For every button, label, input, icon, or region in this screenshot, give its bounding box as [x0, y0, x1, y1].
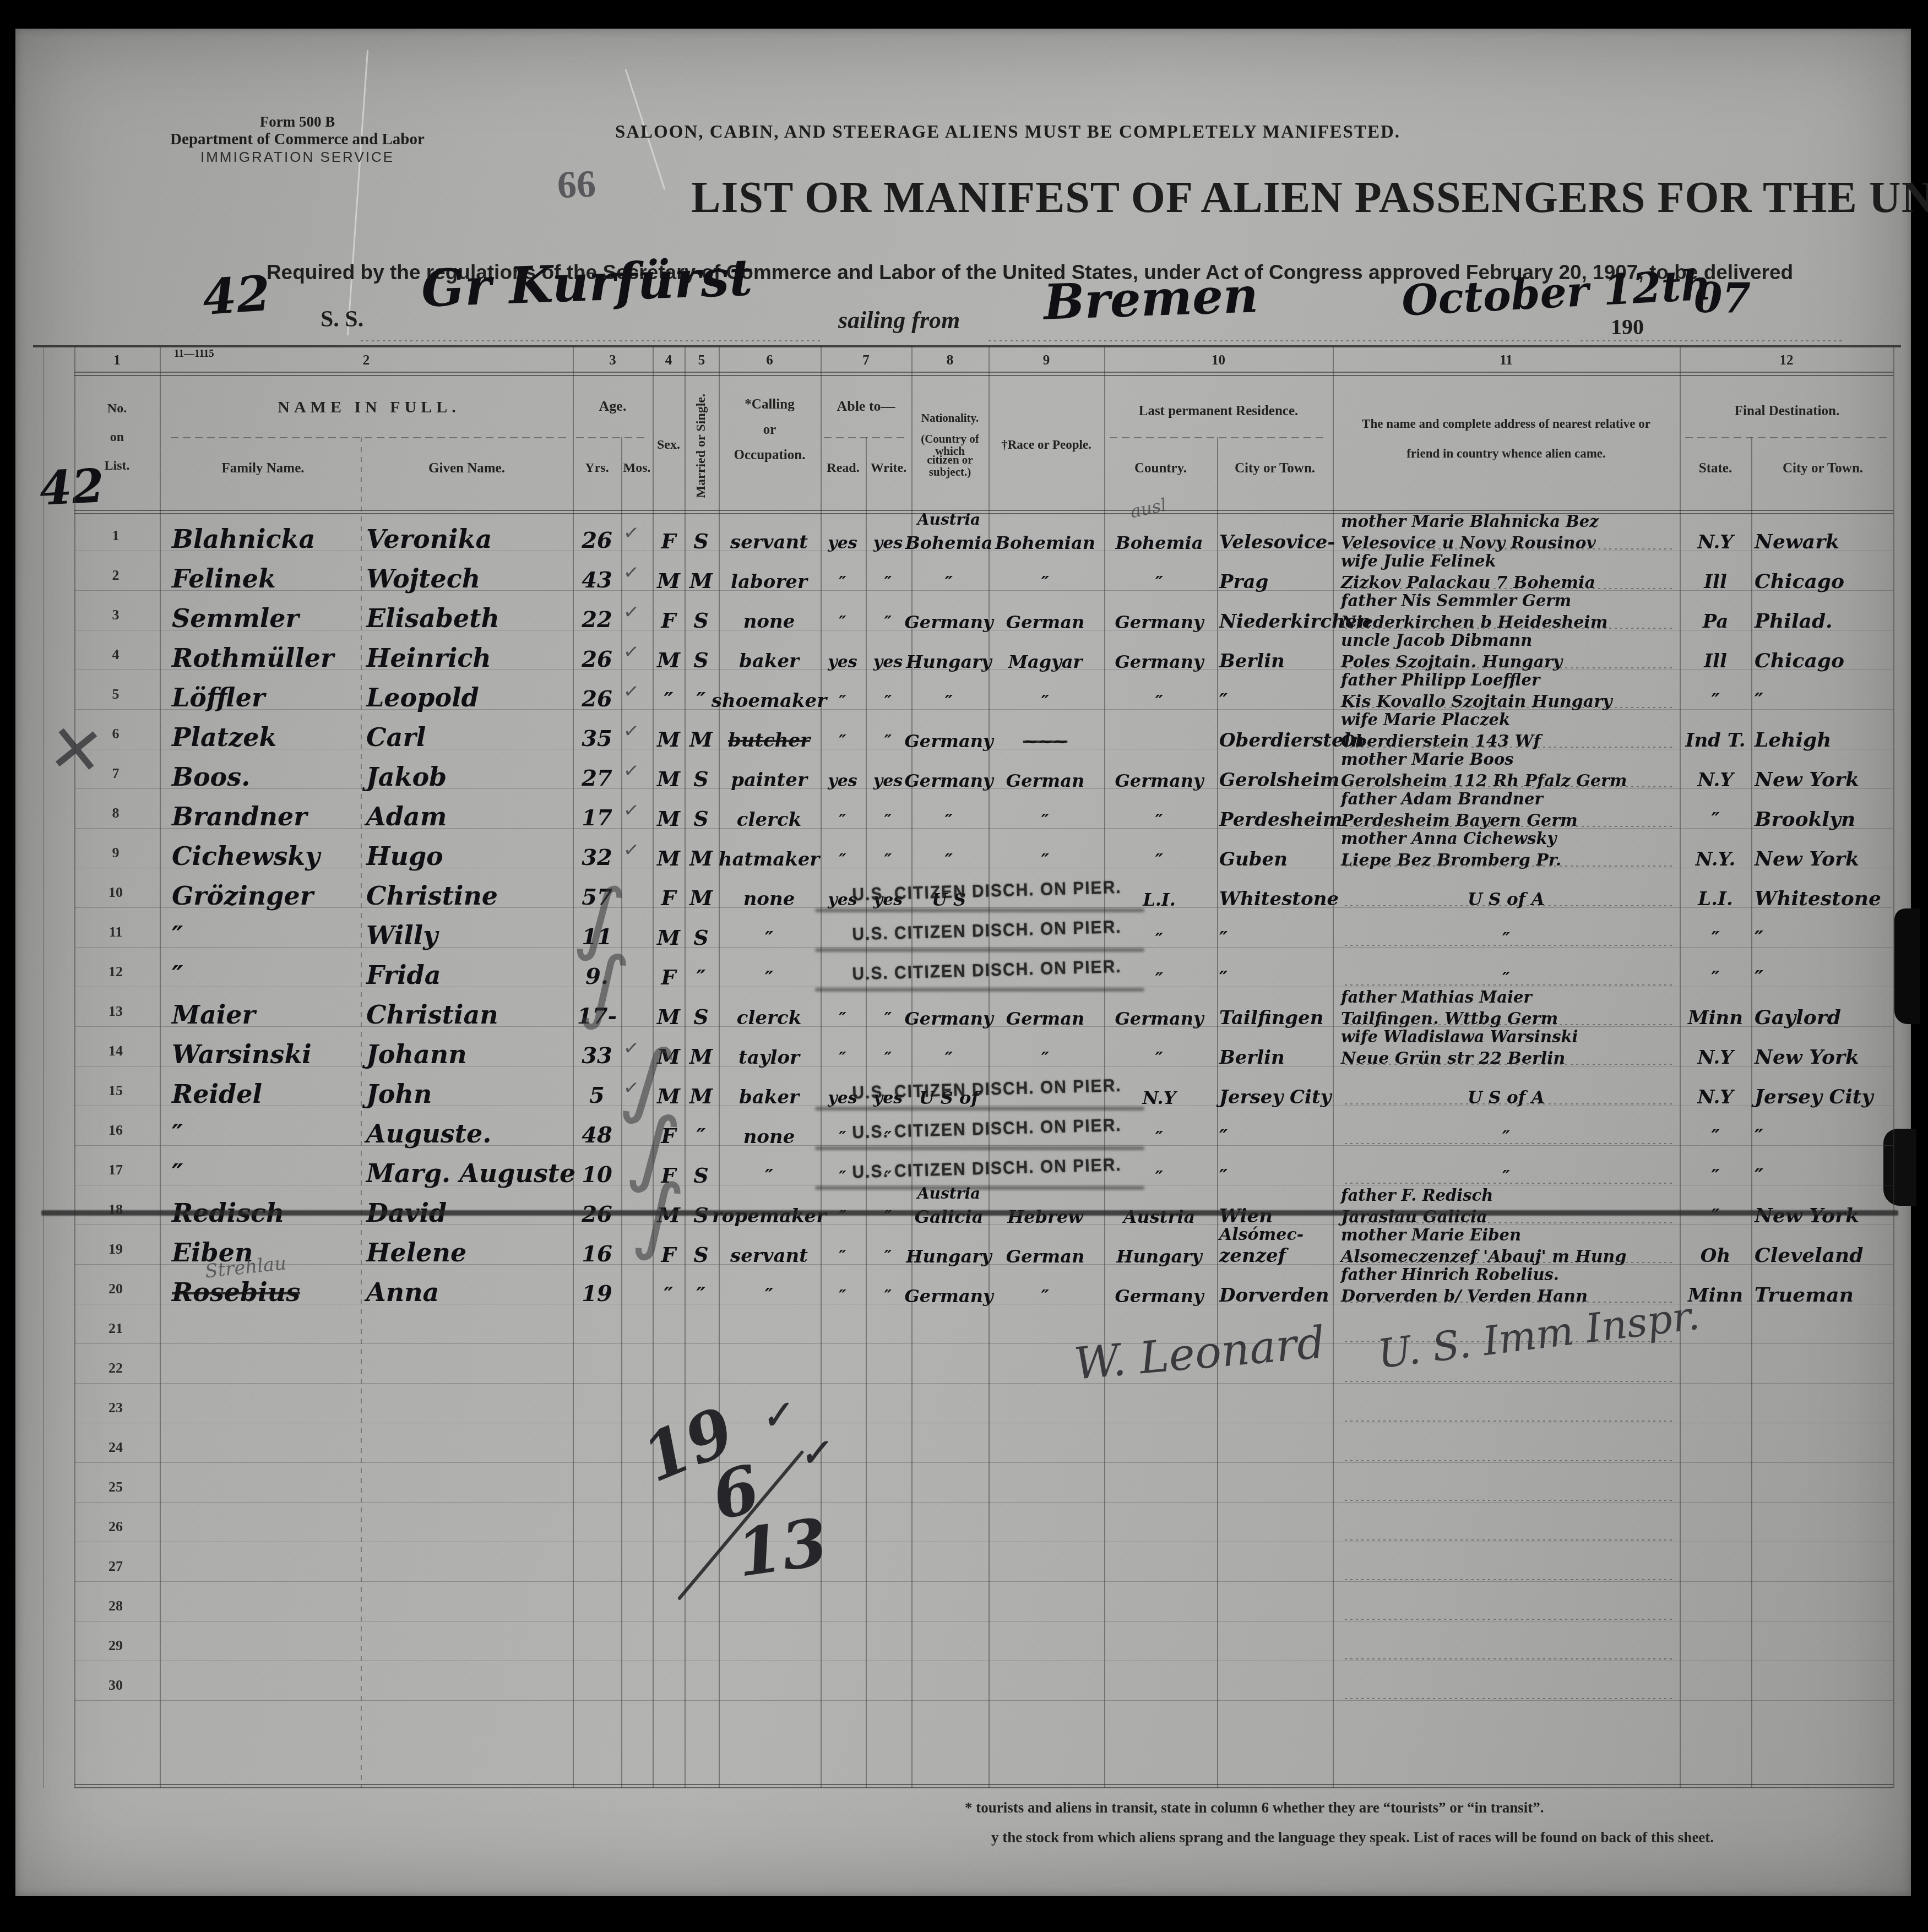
cell-destination-state-text: N.Y — [1697, 533, 1733, 552]
cell-given: Leopold — [366, 682, 566, 710]
cell-family-text: ″ — [172, 1121, 183, 1146]
row-number: 12 — [74, 964, 157, 980]
cell-family: Grözinger — [172, 880, 359, 908]
cell-destination-state: N.Y — [1681, 1038, 1750, 1067]
cell-destination-city: Chicago — [1755, 642, 1892, 671]
cell-given-text: Carl — [366, 725, 426, 750]
row-number: 21 — [74, 1320, 157, 1337]
cell-given-text: Anna — [366, 1280, 439, 1305]
cell-destination-city: ″ — [1755, 959, 1892, 988]
cell-race: ″ — [989, 801, 1102, 829]
cell-destination-city: Lehigh — [1755, 721, 1892, 750]
cell-occupation-text: ″ — [765, 1286, 773, 1305]
cell-country: ″ — [1103, 801, 1216, 829]
cell-write: ″ — [866, 721, 910, 750]
cell-read-text: ″ — [839, 1288, 846, 1305]
cell-race: ″ — [989, 840, 1102, 869]
cell-sex: M — [653, 642, 685, 671]
cell-given: Hugo — [366, 840, 566, 869]
cell-destination-city-text: ″ — [1755, 968, 1763, 988]
cell-occupation: hatmaker — [719, 840, 819, 869]
cell-city: Jersey City — [1219, 1078, 1332, 1107]
column-number: 5 — [685, 353, 719, 368]
cell-destination-city: New York — [1755, 840, 1892, 869]
cell-destination-city-text: New York — [1755, 1047, 1859, 1067]
cell-family-text: Warsinski — [172, 1042, 312, 1067]
age-checkmark: ✓ — [622, 839, 640, 862]
cell-country: Germany — [1103, 761, 1216, 790]
row-rule — [74, 1542, 1893, 1542]
race-label: †Race or People. — [989, 438, 1104, 451]
family-name-label: Family Name. — [165, 461, 361, 476]
cell-nationality: Germany — [909, 999, 989, 1027]
relative-dotted-leader — [1345, 1658, 1673, 1659]
cell-age-text: 32 — [582, 847, 612, 869]
row-number: 29 — [74, 1637, 157, 1654]
row-number: 23 — [74, 1400, 157, 1416]
cell-destination-city-text: Whitestone — [1755, 889, 1881, 908]
row-number: 26 — [74, 1519, 157, 1535]
cell-occupation-text: clerck — [737, 810, 801, 829]
cell-city: Berlin — [1219, 642, 1332, 671]
cell-occupation: ″ — [719, 919, 819, 948]
cell-given-text: Marg. Auguste — [366, 1161, 575, 1186]
cell-relative-line2: Liepe Bez Bromberg Pr. — [1341, 840, 1671, 869]
col1-no: No. — [74, 402, 160, 416]
cell-given: John — [366, 1078, 566, 1107]
able-to-label: Able to— — [821, 399, 911, 413]
cell-country: Germany — [1103, 642, 1216, 671]
cell-age-text: 26 — [582, 649, 612, 671]
heavy-rule — [33, 345, 1901, 347]
relative-dotted-leader — [1345, 1460, 1673, 1461]
row-number: 17 — [74, 1162, 157, 1178]
cell-read-text: ″ — [839, 694, 846, 710]
cell-family: Maier — [172, 999, 359, 1027]
footnote-1: * tourists and aliens in transit, state … — [965, 1799, 1544, 1816]
cell-family: Semmler — [172, 602, 359, 631]
cell-destination-state: ″ — [1681, 919, 1750, 948]
row-number: 11 — [74, 924, 157, 940]
ss-dotted-rule — [361, 340, 823, 341]
cell-read-text: yes — [828, 535, 857, 552]
age-checkmark: ✓ — [622, 759, 640, 783]
cell-city-text: ″ — [1219, 1167, 1228, 1186]
row-number: 30 — [74, 1677, 157, 1694]
row-number: 2 — [74, 567, 157, 584]
cell-sex-text: M — [657, 848, 680, 869]
cell-age-text: 33 — [582, 1045, 612, 1067]
cell-destination-state-text: Ill — [1704, 573, 1727, 591]
cell-nationality: ″ — [909, 563, 989, 591]
last-residence-underline — [1110, 437, 1327, 438]
cell-occupation: none — [719, 1118, 819, 1146]
cell-given: Christian — [366, 999, 566, 1027]
list-number-handwritten: 42 — [201, 269, 271, 322]
row-number: 16 — [74, 1122, 157, 1139]
cell-city: Guben — [1219, 840, 1332, 869]
cell-occupation-text: laborer — [731, 573, 807, 591]
row-number: 24 — [74, 1439, 157, 1456]
cell-family-text: ″ — [172, 923, 183, 948]
column-number: 8 — [911, 353, 989, 368]
cell-write: ″ — [866, 602, 910, 631]
cell-age-text: 26 — [582, 530, 612, 552]
cell-given: Marg. Auguste — [366, 1157, 566, 1186]
read-label: Read. — [821, 461, 866, 475]
stamp-ink-smear — [815, 948, 1144, 952]
column-number: 12 — [1680, 353, 1893, 368]
cell-age: 17 — [574, 801, 620, 829]
nationality-line1: Nationality. — [906, 412, 994, 424]
cell-occupation: ″ — [719, 1276, 819, 1305]
cell-age: 26 — [574, 642, 620, 671]
cell-given-text: Frida — [366, 962, 441, 988]
yrs-label: Yrs. — [573, 461, 621, 475]
cell-destination-state: ″ — [1681, 1118, 1750, 1146]
cell-city-text: Berlin — [1219, 652, 1285, 671]
cell-write: ″ — [866, 563, 910, 591]
cell-destination-city: Chicago — [1755, 563, 1892, 591]
cell-occupation: servant — [719, 1237, 819, 1265]
cell-occupation: clerck — [719, 801, 819, 829]
cell-family-text: Rothmüller — [172, 645, 334, 671]
cell-read-text: ″ — [839, 813, 846, 829]
stamp-ink-smear — [815, 1107, 1144, 1111]
grid-double-line — [74, 1787, 1893, 1788]
relative-dotted-leader — [1345, 1500, 1673, 1501]
cell-sex: M — [653, 563, 685, 591]
cell-write-text: ″ — [884, 575, 892, 591]
cell-city-text: ″ — [1219, 692, 1228, 710]
cell-family-text: Maier — [172, 1002, 256, 1027]
cell-destination-city: Whitestone — [1755, 880, 1892, 908]
cell-destination-state-text: Minn — [1688, 1009, 1743, 1027]
row-rule — [74, 1423, 1893, 1423]
cell-occupation-text: painter — [731, 771, 807, 790]
cell-age: 26 — [574, 523, 620, 552]
calling-line3: Occupation. — [719, 448, 821, 462]
row-rule — [74, 1661, 1893, 1661]
stamp-ink-smear — [815, 1146, 1144, 1150]
tally-check-1: ✓ — [758, 1396, 794, 1436]
cell-family: ″ — [172, 1157, 359, 1186]
cell-city: Gerolsheim — [1219, 761, 1332, 790]
cell-occupation-text: hatmaker — [719, 850, 820, 869]
cell-sex: F — [653, 880, 685, 908]
cell-sex-text: M — [657, 927, 680, 948]
cell-given-text: Jakob — [366, 764, 447, 790]
cell-race: German — [989, 761, 1102, 790]
cell-destination-state-text: Pa — [1703, 612, 1729, 631]
row-rule — [74, 1581, 1893, 1582]
cell-country-text: ″ — [1155, 574, 1163, 591]
cell-marital-text: S — [693, 1244, 708, 1265]
cell-occupation: ″ — [719, 1157, 819, 1186]
cell-occupation-text: baker — [739, 1088, 799, 1107]
cell-age: 33 — [574, 1038, 620, 1067]
cell-sex-text: F — [661, 531, 676, 552]
cell-family: Rosebius — [172, 1276, 359, 1305]
cell-age-text: 5 — [589, 1085, 605, 1107]
cell-marital-text: ″ — [697, 967, 706, 988]
cell-read-text: yes — [828, 654, 857, 671]
cell-destination-state: N.Y — [1681, 523, 1750, 552]
column-number: 1 — [74, 353, 160, 368]
cell-nationality: Germany — [909, 602, 989, 631]
cell-given: Heinrich — [366, 642, 566, 671]
cell-relative-line2-text: Neue Grün str 22 Berlin — [1341, 1051, 1565, 1067]
cell-city: Dorverden — [1219, 1276, 1332, 1305]
cell-family: Cichewsky — [172, 840, 359, 869]
relative-dotted-leader — [1345, 1421, 1673, 1422]
cell-given-text: Leopold — [366, 685, 479, 710]
cell-family: Blahnicka — [172, 523, 359, 552]
cell-nationality: Hungary — [909, 642, 989, 671]
cell-nationality: Germany — [909, 721, 989, 750]
cell-relative-line2-text: Liepe Bez Bromberg Pr. — [1341, 852, 1561, 869]
row-rule — [74, 1383, 1893, 1384]
cell-age-text: 43 — [582, 569, 612, 591]
cell-destination-city-text: ″ — [1755, 1166, 1763, 1186]
cell-nationality-text: Bohemia — [905, 534, 993, 552]
cell-read-text: ″ — [839, 575, 846, 591]
age-checkmark: ✓ — [622, 561, 640, 585]
cell-occupation-text: none — [743, 612, 795, 631]
cell-read: ″ — [821, 682, 865, 710]
cell-destination-state: ″ — [1681, 801, 1750, 829]
cell-marital: S — [685, 602, 718, 631]
cell-marital-text: S — [693, 808, 708, 829]
cell-race-text: German — [1006, 1248, 1084, 1265]
cell-city: ″ — [1219, 919, 1332, 948]
cell-destination-city: ″ — [1755, 682, 1892, 710]
cell-write: yes — [866, 761, 910, 790]
cell-occupation-text: ″ — [765, 1167, 773, 1186]
cell-marital: M — [685, 1038, 718, 1067]
cell-destination-city-text: Newark — [1755, 532, 1839, 552]
cell-destination-city-text: Jersey City — [1755, 1087, 1873, 1107]
col1-on: on — [74, 431, 160, 444]
scanned-manifest-page: { "form_block": { "form_no": "Form 500 B… — [0, 0, 1928, 1932]
cell-race: ~~~ — [989, 721, 1102, 750]
cell-marital: M — [685, 840, 718, 869]
cell-country-text: Germany — [1115, 1287, 1204, 1305]
cell-destination-state-text: Ill — [1704, 652, 1727, 671]
cell-marital-text: S — [693, 1165, 708, 1186]
cell-occupation: shoemaker — [719, 682, 819, 710]
cell-city-text: ″ — [1219, 1128, 1228, 1146]
cell-nationality: ″ — [909, 682, 989, 710]
cell-city-text: Gerolsheim — [1219, 771, 1340, 790]
mos-label: Mos. — [621, 461, 653, 475]
row-number: 8 — [74, 805, 157, 821]
cell-city: ″ — [1219, 959, 1332, 988]
cell-marital: S — [685, 523, 718, 552]
row-number: 20 — [74, 1281, 157, 1297]
cell-given: Anna — [366, 1276, 566, 1305]
cell-city: Prag — [1219, 563, 1332, 591]
cell-city: ″ — [1219, 1157, 1332, 1186]
cell-read: yes — [821, 761, 865, 790]
cell-write-text: ″ — [884, 1249, 892, 1265]
cell-nationality-text: Germany — [905, 1010, 993, 1027]
port-handwritten: Bremen — [1043, 270, 1259, 326]
cell-marital: S — [685, 919, 718, 948]
cell-occupation: painter — [719, 761, 819, 790]
row-rule — [74, 1502, 1893, 1503]
column-number: 11 — [1333, 353, 1680, 368]
cell-nationality-text: ″ — [945, 693, 953, 710]
cell-marital-text: ″ — [697, 689, 706, 710]
cell-age-text: 26 — [582, 688, 612, 710]
form-service: IMMIGRATION SERVICE — [140, 149, 454, 166]
cell-city: zenzef — [1219, 1237, 1332, 1265]
cell-destination-city-text: Philad. — [1755, 611, 1833, 631]
cell-race-text: German — [1006, 613, 1084, 631]
cell-race-text: ″ — [1041, 574, 1049, 591]
cell-given-text: Auguste. — [366, 1121, 491, 1146]
cell-marital: M — [685, 880, 718, 908]
cell-destination-state: ″ — [1681, 682, 1750, 710]
cell-write: ″ — [866, 1276, 910, 1305]
cell-read: yes — [821, 642, 865, 671]
cell-read-text: yes — [828, 773, 857, 790]
cell-race-text: ″ — [1041, 812, 1049, 829]
cell-race-text: German — [1006, 1010, 1084, 1027]
cell-city-text: Whitestone — [1219, 890, 1339, 908]
cell-destination-city-text: New York — [1755, 849, 1859, 869]
cell-marital-text: M — [689, 1046, 713, 1067]
year-printed-label: 190 — [1611, 314, 1644, 340]
name-in-full-label: NAME IN FULL. — [165, 399, 573, 416]
cell-sex: ″ — [653, 682, 685, 710]
cell-family-text: Cichewsky — [172, 843, 320, 869]
cell-destination-city: Trueman — [1755, 1276, 1892, 1305]
cell-country-text: ″ — [1155, 851, 1163, 869]
cell-given-text: Johann — [366, 1042, 467, 1067]
cell-destination-state-text: Oh — [1701, 1247, 1730, 1265]
cell-age: 22 — [574, 602, 620, 631]
row-number: 3 — [74, 607, 157, 623]
cell-race-text: ″ — [1041, 851, 1049, 869]
cell-destination-city-text: Brooklyn — [1755, 809, 1855, 829]
cell-age-text: 16 — [582, 1243, 612, 1265]
cell-race: ″ — [989, 1276, 1102, 1305]
cell-sex-text: F — [661, 610, 676, 631]
cell-race-text: ″ — [1041, 1049, 1049, 1067]
cell-family-text: Felinek — [172, 566, 276, 591]
cell-city-text: Tailfingen — [1219, 1009, 1323, 1027]
final-destination-label: Final Destination. — [1680, 404, 1894, 418]
cell-write-text: ″ — [884, 694, 892, 710]
cell-destination-state-text: Ind T. — [1686, 731, 1746, 750]
form-id-block: Form 500 B Department of Commerce and La… — [140, 113, 454, 166]
cell-sex-text: ″ — [664, 1284, 674, 1305]
cell-city-text: Berlin — [1219, 1048, 1285, 1067]
cell-city-text: Dorverden — [1219, 1286, 1329, 1305]
cell-given-text: Christian — [366, 1002, 498, 1027]
grid-vline — [160, 345, 161, 1788]
cell-family-text: Brandner — [172, 804, 307, 829]
cell-relative-line2: ″ — [1341, 1118, 1671, 1146]
cell-nationality-text: Germany — [905, 613, 993, 631]
cell-nationality: ″ — [909, 801, 989, 829]
grid-double-line — [74, 375, 1893, 376]
cell-occupation: laborer — [719, 563, 819, 591]
cell-destination-state-text: N.Y — [1697, 771, 1733, 790]
cell-marital-text: ″ — [697, 1125, 706, 1146]
cell-read: ″ — [821, 999, 865, 1027]
cell-family: ″ — [172, 1118, 359, 1146]
final-destination-underline — [1685, 437, 1889, 438]
cell-race: ″ — [989, 682, 1102, 710]
cell-read-text: ″ — [839, 614, 846, 631]
cell-country-text: ″ — [1155, 812, 1163, 829]
column-number: 3 — [573, 353, 653, 368]
cell-write: ″ — [866, 840, 910, 869]
cell-sex-text: M — [657, 570, 680, 591]
cell-write-text: ″ — [884, 1051, 892, 1067]
cell-relative-line2: U S of A — [1341, 1078, 1671, 1107]
cell-read: ″ — [821, 1237, 865, 1265]
cell-sex-text: M — [657, 729, 680, 750]
row-number: 14 — [74, 1043, 157, 1059]
cell-age-text: 22 — [582, 609, 612, 631]
cell-age: 32 — [574, 840, 620, 869]
calling-line2: or — [719, 423, 821, 437]
cell-destination-state: L.I. — [1681, 880, 1750, 908]
cell-occupation-text: servant — [730, 533, 808, 552]
cell-relative-line2-text: U S of A — [1468, 1090, 1545, 1107]
cell-write-text: ″ — [884, 852, 892, 869]
cell-marital-text: M — [689, 729, 713, 750]
cell-marital-text: S — [693, 927, 708, 948]
cell-city-text: Guben — [1219, 850, 1288, 869]
cell-destination-state: N.Y — [1681, 761, 1750, 790]
cell-destination-state: Pa — [1681, 602, 1750, 631]
cell-race: ″ — [989, 1038, 1102, 1067]
cell-read: ″ — [821, 602, 865, 631]
ss-label: S. S. — [321, 306, 363, 333]
cell-destination-city-text: ″ — [1755, 1126, 1763, 1146]
cell-nationality-text: Hungary — [906, 653, 991, 671]
stamp-ink-smear — [815, 988, 1144, 992]
cell-given-text: Adam — [366, 804, 447, 829]
cell-destination-city-text: ″ — [1755, 928, 1763, 948]
cell-country: ″ — [1103, 563, 1216, 591]
relative-dotted-leader — [1345, 1619, 1673, 1620]
cell-relative-line2: ″ — [1341, 919, 1671, 948]
cell-sex: F — [653, 602, 685, 631]
dest-state-label: State. — [1680, 461, 1751, 476]
age-checkmark: ✓ — [622, 720, 640, 743]
cell-occupation-text: baker — [739, 652, 799, 671]
cell-occupation: none — [719, 602, 819, 631]
column-number: 7 — [821, 353, 911, 368]
cell-write: ″ — [866, 999, 910, 1027]
cell-country: Hungary — [1103, 1237, 1216, 1265]
cell-write-text: ″ — [884, 733, 892, 750]
cell-destination-state-text: ″ — [1711, 810, 1719, 829]
cell-destination-state: Oh — [1681, 1237, 1750, 1265]
cell-sex: M — [653, 919, 685, 948]
cell-destination-city: New York — [1755, 761, 1892, 790]
cell-given: Veronika — [366, 523, 566, 552]
cell-family-text: Platzek — [172, 725, 276, 750]
cell-marital-text: M — [689, 848, 713, 869]
page-title: LIST OR MANIFEST OF ALIEN PASSENGERS FOR… — [691, 173, 1853, 223]
